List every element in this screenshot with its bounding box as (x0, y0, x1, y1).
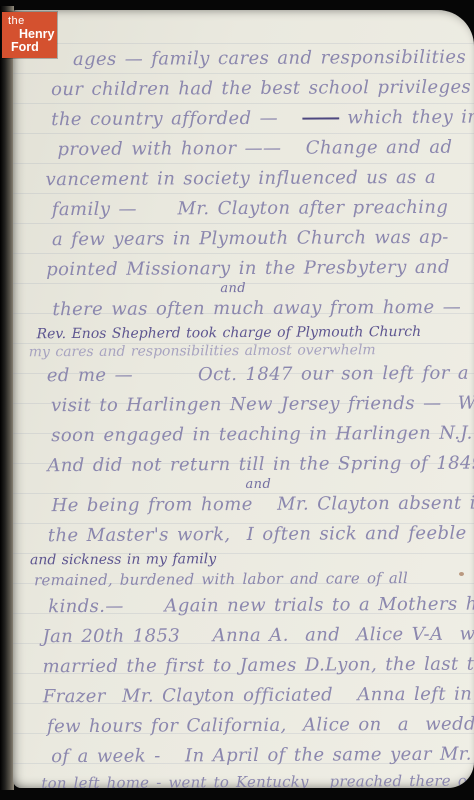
manuscript-line: Jan 20th 1853 Anna A. and Alice V-A were (14, 620, 474, 653)
manuscript-line: proved with honor —— Change and ad (13, 133, 473, 166)
line-text: the country afforded — (51, 108, 302, 131)
manuscript-line: there was often much away from home — (13, 293, 474, 326)
manuscript-line: the Master's work, I often sick and feeb… (14, 519, 474, 552)
manuscript-line: soon engaged in teaching in Harlingen N.… (13, 419, 474, 452)
manuscript-line: ages — family cares and responsibilities… (13, 43, 472, 76)
manuscript-line: our children had the best school privile… (13, 73, 472, 106)
struck-text: —— (302, 107, 339, 128)
line-text: which they im (339, 107, 474, 129)
manuscript-line: remained, burdened with labor and care o… (14, 567, 474, 593)
logo-word-ford: Ford (11, 40, 39, 54)
manuscript-line: visit to Harlingen New Jersey friends — … (13, 389, 474, 422)
manuscript-line: He being from home Mr. Clayton absent in (14, 489, 474, 522)
manuscript-line: ed me — Oct. 1847 our son left for a (13, 359, 474, 392)
manuscript-line: vancement in society influenced us as a (13, 163, 473, 196)
manuscript-line: kinds.— Again new trials to a Mothers he… (14, 590, 474, 623)
manuscript-line: of a week - In April of the same year Mr… (15, 740, 474, 773)
logo-word-the: the (8, 15, 25, 27)
manuscript-line: Rev. Enos Shepherd took charge of Plymou… (13, 323, 474, 344)
manuscript-line: few hours for California, Alice on a wed… (15, 710, 474, 743)
photo-stage: ages — family cares and responsibilities… (0, 0, 474, 800)
manuscript-line: the country afforded — —— which they im (13, 103, 472, 136)
manuscript-line: married the first to James D.Lyon, the l… (15, 650, 474, 683)
manuscript-line: ton left home - went to Kentucky preache… (15, 770, 474, 788)
logo-word-henry: Henry (19, 27, 54, 41)
page-binding-edge (0, 6, 14, 790)
manuscript-line: a few years in Plymouth Church was ap- (13, 223, 473, 256)
manuscript-line: Frazer Mr. Clayton officiated Anna left … (15, 680, 474, 713)
henry-ford-logo: the Henry Ford (2, 12, 57, 58)
manuscript-line: And did not return till in the Spring of… (13, 449, 474, 482)
manuscript-page: ages — family cares and responsibilities… (13, 10, 474, 788)
foxing-spot (459, 572, 464, 576)
manuscript-line: family — Mr. Clayton after preaching (13, 193, 473, 226)
manuscript-lines: ages — family cares and responsibilities… (13, 10, 474, 788)
